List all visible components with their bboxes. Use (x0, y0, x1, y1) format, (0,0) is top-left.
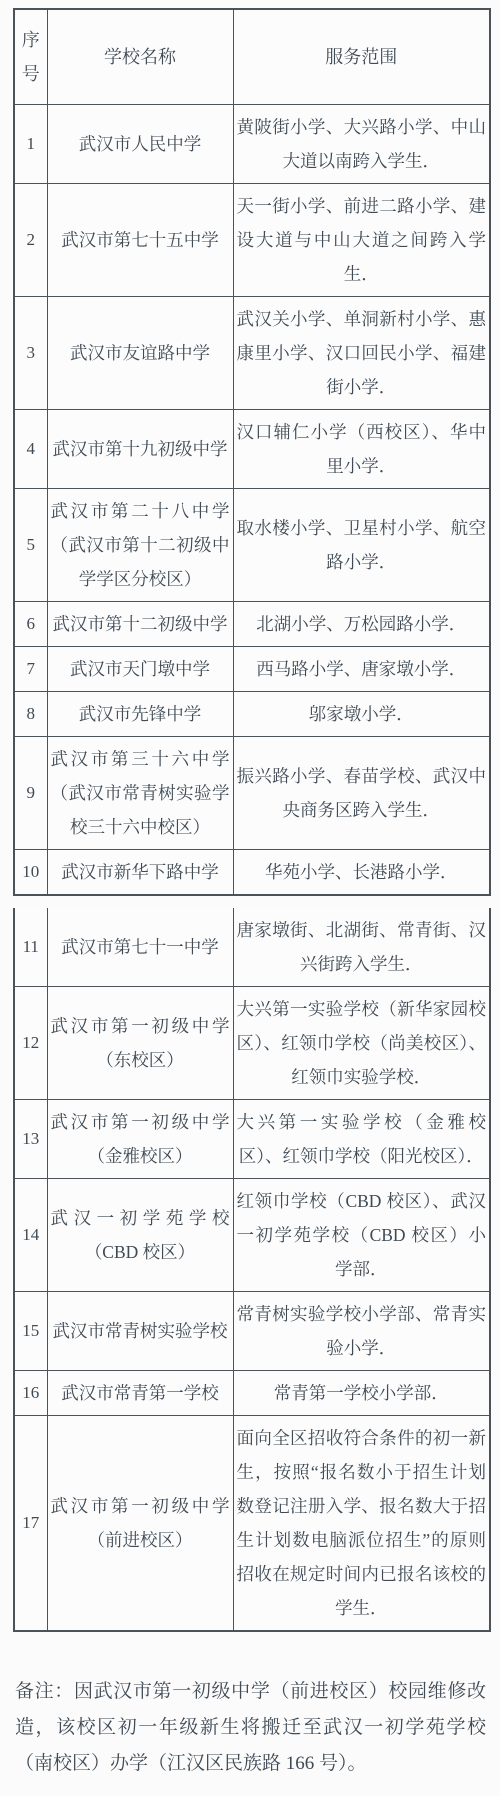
school-name: 武汉市第二十八中学（武汉市第十二初级中学学区分校区） (47, 489, 233, 602)
service-range: 红领巾学校（CBD 校区）、武汉一初学苑学校（CBD 校区）小学部． (233, 1179, 490, 1292)
school-name: 武汉市天门墩中学 (47, 647, 233, 692)
table-row: 14 武汉一初学苑学校（CBD 校区） 红领巾学校（CBD 校区）、武汉一初学苑… (14, 1179, 490, 1292)
row-number: 10 (14, 850, 47, 896)
service-range: 大兴第一实验学校（金雅校区）、红领巾学校（阳光校区）． (233, 1100, 490, 1179)
table-row: 12 武汉市第一初级中学（东校区） 大兴第一实验学校（新华家园校区）、红领巾学校… (14, 987, 490, 1100)
table-row: 15 武汉市常青树实验学校 常青树实验学校小学部、常青实验小学． (14, 1292, 490, 1371)
table-row: 1 武汉市人民中学 黄陂街小学、大兴路小学、中山大道以南跨入学生． (14, 105, 490, 184)
school-name: 武汉市第一初级中学（金雅校区） (47, 1100, 233, 1179)
row-number: 1 (14, 105, 47, 184)
column-header-no: 序号 (14, 9, 47, 105)
service-range: 取水楼小学、卫星村小学、航空路小学． (233, 489, 490, 602)
document-page: 序号 学校名称 服务范围 1 武汉市人民中学 黄陂街小学、大兴路小学、中山大道以… (0, 0, 500, 1796)
row-number: 14 (14, 1179, 47, 1292)
row-number: 13 (14, 1100, 47, 1179)
school-name: 武汉市第一初级中学（东校区） (47, 987, 233, 1100)
table-row: 11 武汉市第七十一中学 唐家墩街、北湖街、常青街、汉兴街跨入学生． (14, 908, 490, 987)
school-name: 武汉市常青树实验学校 (47, 1292, 233, 1371)
service-range: 北湖小学、万松园路小学． (233, 602, 490, 647)
table-row: 6 武汉市第十二初级中学 北湖小学、万松园路小学． (14, 602, 490, 647)
school-name: 武汉市人民中学 (47, 105, 233, 184)
table-row: 13 武汉市第一初级中学（金雅校区） 大兴第一实验学校（金雅校区）、红领巾学校（… (14, 1100, 490, 1179)
row-number: 8 (14, 692, 47, 737)
row-number: 2 (14, 184, 47, 297)
school-name: 武汉市先锋中学 (47, 692, 233, 737)
table-row: 8 武汉市先锋中学 邬家墩小学． (14, 692, 490, 737)
table-row: 9 武汉市第三十六中学（武汉市常青树实验学校三十六中校区） 振兴路小学、春苗学校… (14, 737, 490, 850)
table-header-row: 序号 学校名称 服务范围 (14, 9, 490, 105)
service-range: 武汉关小学、单洞新村小学、惠康里小学、汉口回民小学、福建街小学． (233, 297, 490, 410)
row-number: 9 (14, 737, 47, 850)
school-name: 武汉市第七十一中学 (47, 908, 233, 987)
table-row: 2 武汉市第七十五中学 天一街小学、前进二路小学、建设大道与中山大道之间跨入学生… (14, 184, 490, 297)
row-number: 15 (14, 1292, 47, 1371)
table-row: 3 武汉市友谊路中学 武汉关小学、单洞新村小学、惠康里小学、汉口回民小学、福建街… (14, 297, 490, 410)
service-range: 西马路小学、唐家墩小学． (233, 647, 490, 692)
service-range: 唐家墩街、北湖街、常青街、汉兴街跨入学生． (233, 908, 490, 987)
service-range: 常青第一学校小学部． (233, 1371, 490, 1416)
service-range: 汉口辅仁小学（西校区）、华中里小学． (233, 410, 490, 489)
column-header-range: 服务范围 (233, 9, 490, 105)
row-number: 7 (14, 647, 47, 692)
service-range: 大兴第一实验学校（新华家园校区）、红领巾学校（尚美校区）、红领巾实验学校． (233, 987, 490, 1100)
table-row: 16 武汉市常青第一学校 常青第一学校小学部． (14, 1371, 490, 1416)
school-name: 武汉市第一初级中学（前进校区） (47, 1416, 233, 1632)
row-number: 12 (14, 987, 47, 1100)
row-number: 3 (14, 297, 47, 410)
table-row: 10 武汉市新华下路中学 华苑小学、长港路小学． (14, 850, 490, 896)
footnote: 备注：因武汉市第一初级中学（前进校区）校园维修改造，该校区初一年级新生将搬迁至武… (15, 1674, 486, 1782)
school-name: 武汉市新华下路中学 (47, 850, 233, 896)
table-row: 5 武汉市第二十八中学（武汉市第十二初级中学学区分校区） 取水楼小学、卫星村小学… (14, 489, 490, 602)
school-service-table-1: 序号 学校名称 服务范围 1 武汉市人民中学 黄陂街小学、大兴路小学、中山大道以… (13, 8, 491, 896)
row-number: 4 (14, 410, 47, 489)
school-name: 武汉市第七十五中学 (47, 184, 233, 297)
row-number: 11 (14, 908, 47, 987)
service-range: 振兴路小学、春苗学校、武汉中央商务区跨入学生． (233, 737, 490, 850)
table-row: 7 武汉市天门墩中学 西马路小学、唐家墩小学． (14, 647, 490, 692)
row-number: 6 (14, 602, 47, 647)
school-name: 武汉市第三十六中学（武汉市常青树实验学校三十六中校区） (47, 737, 233, 850)
school-name: 武汉市常青第一学校 (47, 1371, 233, 1416)
table-row: 4 武汉市第十九初级中学 汉口辅仁小学（西校区）、华中里小学． (14, 410, 490, 489)
column-header-school: 学校名称 (47, 9, 233, 105)
row-number: 17 (14, 1416, 47, 1632)
school-name: 武汉市第十九初级中学 (47, 410, 233, 489)
row-number: 5 (14, 489, 47, 602)
service-range: 华苑小学、长港路小学． (233, 850, 490, 896)
row-number: 16 (14, 1371, 47, 1416)
table-row: 17 武汉市第一初级中学（前进校区） 面向全区招收符合条件的初一新生，按照“报名… (14, 1416, 490, 1632)
school-service-table-2: 11 武汉市第七十一中学 唐家墩街、北湖街、常青街、汉兴街跨入学生． 12 武汉… (13, 908, 491, 1632)
service-range: 面向全区招收符合条件的初一新生，按照“报名数小于招生计划数登记注册入学、报名数大… (233, 1416, 490, 1632)
service-range: 黄陂街小学、大兴路小学、中山大道以南跨入学生． (233, 105, 490, 184)
service-range: 邬家墩小学． (233, 692, 490, 737)
school-name: 武汉一初学苑学校（CBD 校区） (47, 1179, 233, 1292)
school-name: 武汉市友谊路中学 (47, 297, 233, 410)
service-range: 天一街小学、前进二路小学、建设大道与中山大道之间跨入学生． (233, 184, 490, 297)
school-name: 武汉市第十二初级中学 (47, 602, 233, 647)
service-range: 常青树实验学校小学部、常青实验小学． (233, 1292, 490, 1371)
